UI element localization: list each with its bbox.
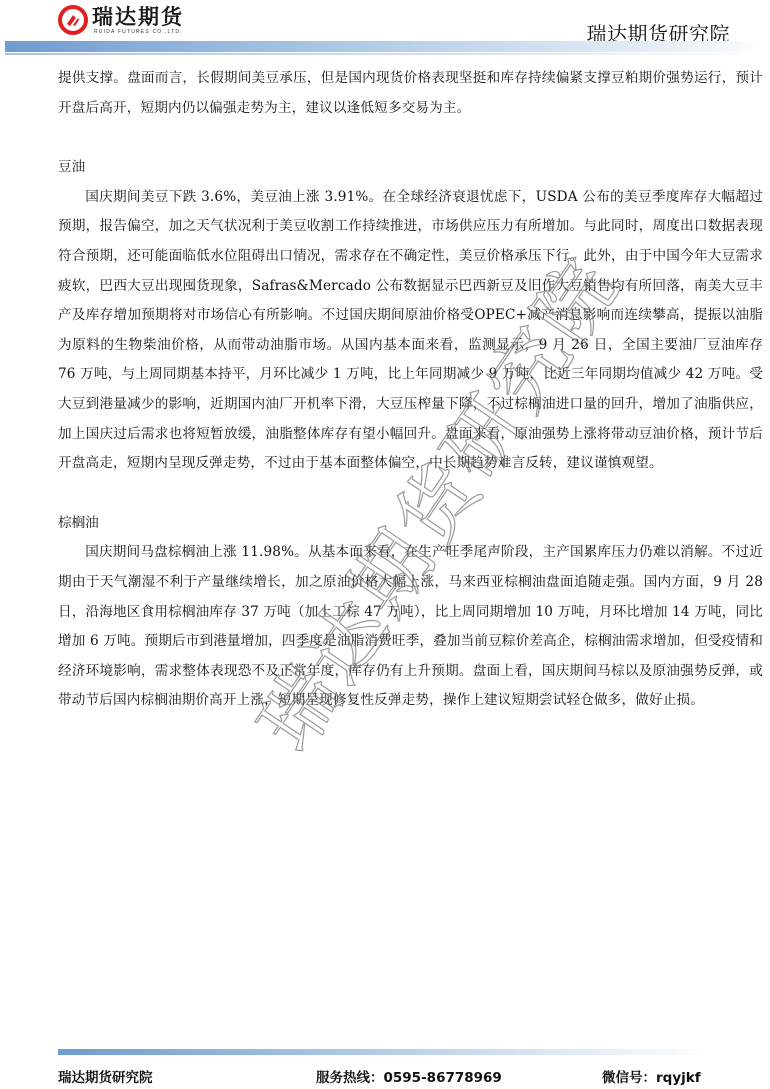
footer-wechat: 微信号：rqyjkf [602,1066,701,1086]
footer-org: 瑞达期货研究院 [58,1066,153,1086]
logo-chinese-name: 瑞达期货 [92,5,184,29]
spacer [58,479,763,509]
header-divider-band [5,41,765,52]
report-body: 提供支撑。盘面而言，长假期间美豆承压，但是国内现货价格表现坚挺和库存持续偏紧支撑… [58,64,763,716]
section-soybean-oil: 豆油 国庆期间美豆下跌 3.6%，美豆油上涨 3.91%。在全球经济衰退忧虑下，… [58,153,763,479]
section-palm-oil: 棕榈油 国庆期间马盘棕榈油上涨 11.98%。从基本面来看，在生产旺季尾声阶段，… [58,509,763,716]
section-paragraph: 国庆期间美豆下跌 3.6%，美豆油上涨 3.91%。在全球经济衰退忧虑下，USD… [58,183,763,479]
section-title: 豆油 [58,153,763,183]
spacer [58,123,763,153]
company-logo: 瑞达期货 RUIDA FUTURES CO.,LTD. [58,5,184,41]
intro-paragraph: 提供支撑。盘面而言，长假期间美豆承压，但是国内现货价格表现坚挺和库存持续偏紧支撑… [58,64,763,123]
ruida-logo-icon [58,5,88,35]
footer-hotline: 服务热线：0595-86778969 [316,1066,502,1086]
page-header: 瑞达期货 RUIDA FUTURES CO.,LTD. 瑞达期货研究院 [0,0,770,56]
header-divider-line [5,53,765,55]
footer-divider-band [58,1049,713,1055]
section-paragraph: 国庆期间马盘棕榈油上涨 11.98%。从基本面来看，在生产旺季尾声阶段，主产国累… [58,538,763,716]
page-footer: 瑞达期货研究院 服务热线：0595-86778969 微信号：rqyjkf [58,1066,718,1086]
logo-english-name: RUIDA FUTURES CO.,LTD. [94,29,184,36]
section-title: 棕榈油 [58,509,763,539]
